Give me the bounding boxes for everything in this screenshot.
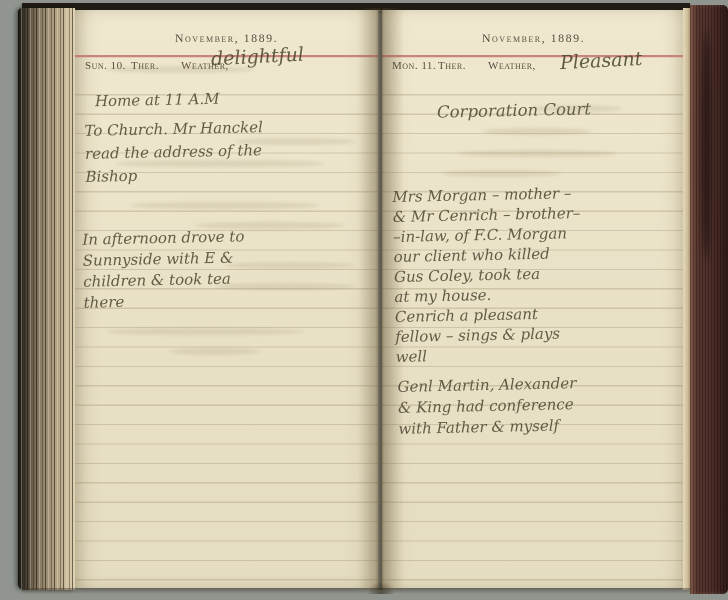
ink-bleed-smudge: [442, 170, 562, 177]
cover-wear-mark: [702, 30, 711, 260]
book-bottom-shadow: [22, 588, 690, 594]
scanned-diary-photo: November, 1889. Sun. 10. Ther. Weather, …: [0, 0, 728, 600]
weather-entry-handwritten: Pleasant: [559, 48, 642, 74]
diary-entry: Genl Martin, Alexander & King had confer…: [397, 373, 577, 440]
ink-bleed-smudge: [170, 348, 260, 355]
ink-bleed-smudge: [195, 222, 345, 229]
book-cover-right: [690, 5, 728, 594]
fanned-page-edges: [18, 8, 75, 590]
handwritten-line: there: [83, 289, 245, 313]
ink-bleed-smudge: [130, 202, 320, 209]
gutter-bottom-notch: [366, 580, 396, 594]
diary-entry: To Church. Mr Hanckel read the address o…: [84, 116, 264, 189]
ink-bleed-smudge: [532, 105, 622, 112]
handwritten-line: well: [395, 343, 583, 367]
month-header: November, 1889.: [75, 31, 378, 46]
handwritten-line: –in-law, of F.C. Morgan: [393, 223, 581, 247]
handwritten-line: Home at 11 A.M: [95, 89, 220, 113]
diary-entry: Home at 11 A.M: [95, 89, 220, 113]
handwritten-line: with Father & myself: [398, 415, 577, 440]
book-top-edge: [22, 3, 690, 10]
handwritten-line: fellow – sings & plays: [395, 323, 583, 347]
month-header: November, 1889.: [382, 31, 685, 46]
day-label: Mon. 11.: [392, 60, 436, 72]
ink-bleed-smudge: [215, 283, 355, 290]
ink-bleed-smudge: [105, 66, 255, 73]
ink-bleed-smudge: [115, 160, 325, 167]
ink-bleed-smudge: [482, 128, 592, 135]
ink-bleed-smudge: [225, 262, 355, 269]
diary-page-right: November, 1889. Mon. 11. Ther. Weather, …: [382, 10, 685, 588]
ink-bleed-smudge: [235, 138, 355, 145]
weather-label: Weather,: [488, 60, 536, 72]
diary-entry: Mrs Morgan – mother – & Mr Cenrich – bro…: [392, 183, 583, 367]
ink-bleed-smudge: [457, 150, 617, 157]
diary-entry: In afternoon drove to Sunnyside with E &…: [82, 226, 246, 313]
thermometer-label: Ther.: [438, 60, 466, 72]
ink-bleed-smudge: [105, 328, 305, 335]
handwritten-line: children & took tea: [83, 268, 245, 292]
diary-page-left: November, 1889. Sun. 10. Ther. Weather, …: [75, 10, 378, 588]
